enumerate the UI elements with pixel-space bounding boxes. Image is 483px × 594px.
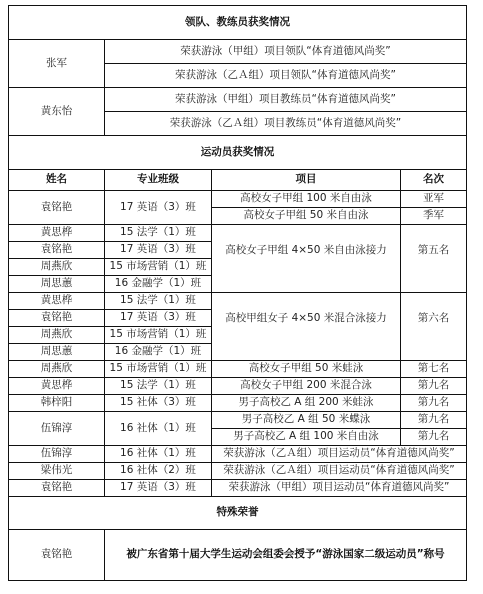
rank: 亚军 [401,191,467,208]
table-row: 黄思桦 15 法学（1）班 高校甲组女子 4×50 米混合泳接力 第六名 [9,293,467,310]
relay-event: 高校甲组女子 4×50 米混合泳接力 [212,293,401,361]
athlete-name: 周燕欣 [9,361,105,378]
table-row: 袁铭艳 17 英语（3）班 荣获游泳（甲组）项目运动员“体育道德风尚奖” [9,480,467,497]
sportsmanship-award: 荣获游泳（乙Ａ组）项目运动员“体育道德风尚奖” [212,463,467,480]
event: 高校女子甲组 100 米自由泳 [212,191,401,208]
coach-name: 黄东怡 [9,88,105,136]
honor-section-title: 特殊荣誉 [9,497,467,530]
relay-rank: 第六名 [401,293,467,361]
coach-award: 荣获游泳（甲组）项目领队“体育道德风尚奖” [105,40,467,64]
athlete-name: 袁铭艳 [9,191,105,225]
header-rank: 名次 [401,170,467,191]
athlete-header-row: 姓名 专业班级 项目 名次 [9,170,467,191]
athlete-class: 16 社体（2）班 [105,463,212,480]
rank: 季军 [401,208,467,225]
athlete-class: 15 法学（1）班 [105,293,212,310]
event: 男子高校乙 A 组 100 米自由泳 [212,429,401,446]
athlete-name: 袁铭艳 [9,310,105,327]
event: 高校女子甲组 50 米自由泳 [212,208,401,225]
athlete-name: 周思蕙 [9,344,105,361]
rank: 第七名 [401,361,467,378]
header-event: 项目 [212,170,401,191]
athlete-class: 15 社体（3）班 [105,395,212,412]
coach-award: 荣获游泳（甲组）项目教练员“体育道德风尚奖” [105,88,467,112]
table-row: 黄思桦 15 法学（1）班 高校女子甲组 200 米混合泳 第九名 [9,378,467,395]
athlete-name: 周燕欣 [9,327,105,344]
event: 高校女子甲组 50 米蛙泳 [212,361,401,378]
athlete-class: 16 金融学（1）班 [105,276,212,293]
athlete-class: 17 英语（3）班 [105,191,212,225]
athlete-name: 黄思桦 [9,293,105,310]
athlete-class: 15 法学（1）班 [105,225,212,242]
rank: 第九名 [401,429,467,446]
athlete-class: 17 英语（3）班 [105,310,212,327]
athlete-name: 周思蕙 [9,276,105,293]
athlete-name: 梁伟光 [9,463,105,480]
table-row: 周燕欣 15 市场营销（1）班 高校女子甲组 50 米蛙泳 第七名 [9,361,467,378]
table-row: 黄思桦 15 法学（1）班 高校女子甲组 4×50 米自由泳接力 第五名 [9,225,467,242]
header-class: 专业班级 [105,170,212,191]
coach-row: 黄东怡 荣获游泳（甲组）项目教练员“体育道德风尚奖” [9,88,467,112]
coach-award: 荣获游泳（乙Ａ组）项目领队“体育道德风尚奖” [105,64,467,88]
table-row: 梁伟光 16 社体（2）班 荣获游泳（乙Ａ组）项目运动员“体育道德风尚奖” [9,463,467,480]
coach-row: 张军 荣获游泳（甲组）项目领队“体育道德风尚奖” [9,40,467,64]
sportsmanship-award: 荣获游泳（乙Ａ组）项目运动员“体育道德风尚奖” [212,446,467,463]
sportsmanship-award: 荣获游泳（甲组）项目运动员“体育道德风尚奖” [212,480,467,497]
honor-row: 袁铭艳 被广东省第十届大学生运动会组委会授予“游泳国家二级运动员”称号 [9,530,467,581]
header-name: 姓名 [9,170,105,191]
rank: 第九名 [401,412,467,429]
athlete-class: 15 市场营销（1）班 [105,327,212,344]
athlete-name: 袁铭艳 [9,242,105,259]
athlete-class: 15 市场营销（1）班 [105,361,212,378]
athlete-name: 黄思桦 [9,378,105,395]
table-row: 袁铭艳 17 英语（3）班 高校女子甲组 100 米自由泳 亚军 [9,191,467,208]
athlete-name: 周燕欣 [9,259,105,276]
relay-event: 高校女子甲组 4×50 米自由泳接力 [212,225,401,293]
athlete-name: 袁铭艳 [9,480,105,497]
honor-text: 被广东省第十届大学生运动会组委会授予“游泳国家二级运动员”称号 [105,530,467,581]
table-row: 伍锦淳 16 社体（1）班 荣获游泳（乙Ａ组）项目运动员“体育道德风尚奖” [9,446,467,463]
table-row: 韩梓阳 15 社体（3）班 男子高校乙 A 组 200 米蛙泳 第九名 [9,395,467,412]
rank: 第九名 [401,378,467,395]
relay-rank: 第五名 [401,225,467,293]
honor-name: 袁铭艳 [9,530,105,581]
athlete-class: 16 社体（1）班 [105,446,212,463]
athlete-name: 伍锦淳 [9,412,105,446]
awards-table: 领队、教练员获奖情况 张军 荣获游泳（甲组）项目领队“体育道德风尚奖” 荣获游泳… [8,5,467,581]
athlete-name: 伍锦淳 [9,446,105,463]
athlete-name: 黄思桦 [9,225,105,242]
athlete-class: 15 法学（1）班 [105,378,212,395]
coach-award: 荣获游泳（乙Ａ组）项目教练员“体育道德风尚奖” [105,112,467,136]
event: 男子高校乙 A 组 200 米蛙泳 [212,395,401,412]
athlete-class: 16 社体（1）班 [105,412,212,446]
rank: 第九名 [401,395,467,412]
coach-section-title: 领队、教练员获奖情况 [9,6,467,40]
athlete-name: 韩梓阳 [9,395,105,412]
athlete-section-title: 运动员获奖情况 [9,136,467,170]
athlete-class: 15 市场营销（1）班 [105,259,212,276]
event: 男子高校乙 A 组 50 米蝶泳 [212,412,401,429]
athlete-class: 16 金融学（1）班 [105,344,212,361]
athlete-class: 17 英语（3）班 [105,242,212,259]
coach-name: 张军 [9,40,105,88]
athlete-class: 17 英语（3）班 [105,480,212,497]
event: 高校女子甲组 200 米混合泳 [212,378,401,395]
table-row: 伍锦淳 16 社体（1）班 男子高校乙 A 组 50 米蝶泳 第九名 [9,412,467,429]
